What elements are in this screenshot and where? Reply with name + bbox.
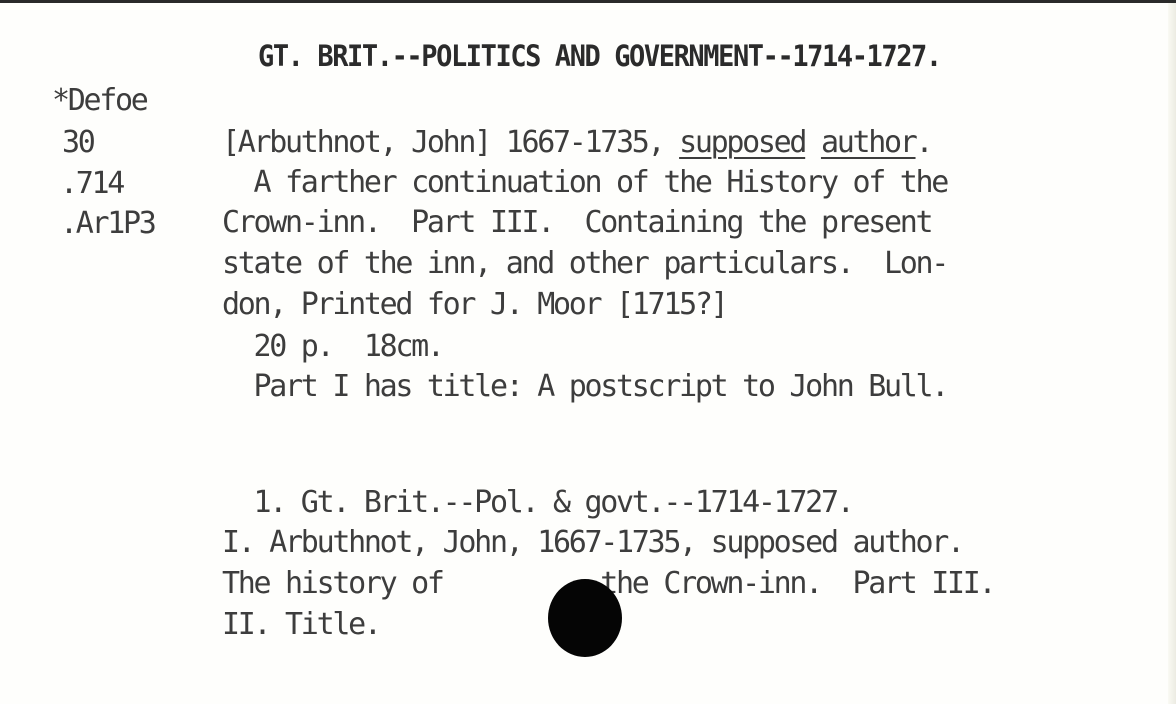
call-number-line-3: .714 — [60, 166, 123, 201]
card-edge — [1168, 3, 1176, 704]
tracing-1: 1. Gt. Brit.--Pol. & govt.--1714-1727. — [222, 485, 852, 520]
author-period: . — [916, 125, 932, 160]
author-space — [805, 125, 821, 160]
tracing-2: I. Arbuthnot, John, 1667-1735, supposed … — [222, 525, 963, 560]
call-number-line-4: .Ar1P3 — [60, 206, 155, 241]
author-qualifier-1: supposed — [679, 125, 805, 160]
subject-heading: GT. BRIT.--POLITICS AND GOVERNMENT--1714… — [258, 39, 941, 73]
tracing-4: II. Title. — [222, 607, 380, 642]
title-line-2: Crown-inn. Part III. Containing the pres… — [222, 205, 931, 240]
note: Part I has title: A postscript to John B… — [222, 369, 947, 404]
catalog-card: GT. BRIT.--POLITICS AND GOVERNMENT--1714… — [0, 0, 1176, 704]
call-number-line-2: 30 — [62, 125, 94, 160]
author-entry: [Arbuthnot, John] 1667-1735, supposed au… — [222, 125, 931, 160]
title-line-1: A farther continuation of the History of… — [222, 165, 947, 200]
author-name: [Arbuthnot, John] 1667-1735, — [222, 125, 679, 160]
call-number-line-1: *Defoe — [52, 83, 147, 118]
title-line-4: don, Printed for J. Moor [1715?] — [222, 287, 726, 322]
author-qualifier-2: author — [821, 125, 916, 160]
title-line-3: state of the inn, and other particulars.… — [222, 246, 947, 281]
collation: 20 p. 18cm. — [222, 329, 443, 364]
punch-hole — [548, 579, 622, 657]
